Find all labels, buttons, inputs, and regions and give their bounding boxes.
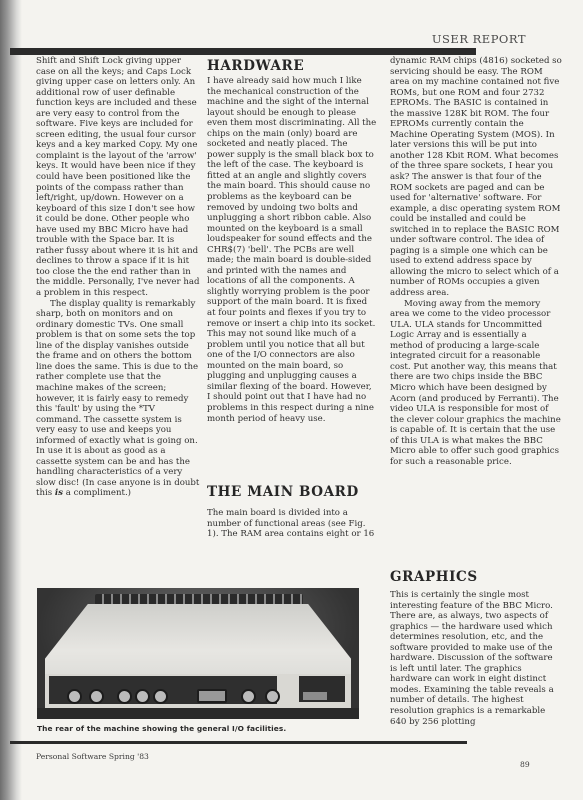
heading-main-board: THE MAIN BOARD bbox=[207, 484, 359, 500]
paragraph: The display quality is remarkably sharp,… bbox=[36, 299, 200, 499]
column-2: I have already said how much I like the … bbox=[207, 76, 377, 424]
column-1: Shift and Shift Lock giving upper case o… bbox=[36, 56, 200, 499]
header-rule bbox=[10, 48, 476, 55]
port-connector bbox=[241, 689, 256, 704]
port-connector bbox=[135, 689, 150, 704]
case-top bbox=[45, 604, 351, 682]
scan-binding-shadow bbox=[0, 0, 22, 800]
heading-graphics: GRAPHICS bbox=[390, 569, 478, 585]
d-sub-connector bbox=[197, 689, 227, 703]
paragraph: Moving away from the memory area we come… bbox=[390, 299, 562, 468]
paragraph: I have already said how much I like the … bbox=[207, 76, 377, 424]
port-connector bbox=[153, 689, 168, 704]
column-2-continued: The main board is divided into a number … bbox=[207, 508, 377, 540]
page-number: 89 bbox=[520, 760, 530, 769]
paragraph: The main board is divided into a number … bbox=[207, 508, 377, 540]
paragraph: Shift and Shift Lock giving upper case o… bbox=[36, 56, 200, 299]
port-connector bbox=[89, 689, 104, 704]
port-connector bbox=[67, 689, 82, 704]
figure-caption: The rear of the machine showing the gene… bbox=[37, 724, 286, 733]
emphasis: is bbox=[55, 488, 63, 498]
publication-name: Personal Software Spring '83 bbox=[36, 752, 149, 761]
section-label: USER REPORT bbox=[432, 32, 526, 46]
column-3: dynamic RAM chips (4816) socketed so ser… bbox=[390, 56, 562, 467]
port-connector bbox=[265, 689, 280, 704]
column-3-continued: This is certainly the single most intere… bbox=[390, 590, 562, 727]
power-label bbox=[303, 692, 327, 700]
paragraph-text: a compliment.) bbox=[63, 488, 131, 498]
port-connector bbox=[117, 689, 132, 704]
footer-rule bbox=[10, 741, 467, 744]
paragraph: This is certainly the single most intere… bbox=[390, 590, 562, 727]
photo-bbc-micro-rear bbox=[37, 588, 359, 719]
paragraph: dynamic RAM chips (4816) socketed so ser… bbox=[390, 56, 562, 299]
photo-bottom-shadow bbox=[37, 708, 359, 719]
paragraph-text: The display quality is remarkably sharp,… bbox=[36, 299, 199, 499]
heading-hardware: HARDWARE bbox=[207, 58, 304, 74]
